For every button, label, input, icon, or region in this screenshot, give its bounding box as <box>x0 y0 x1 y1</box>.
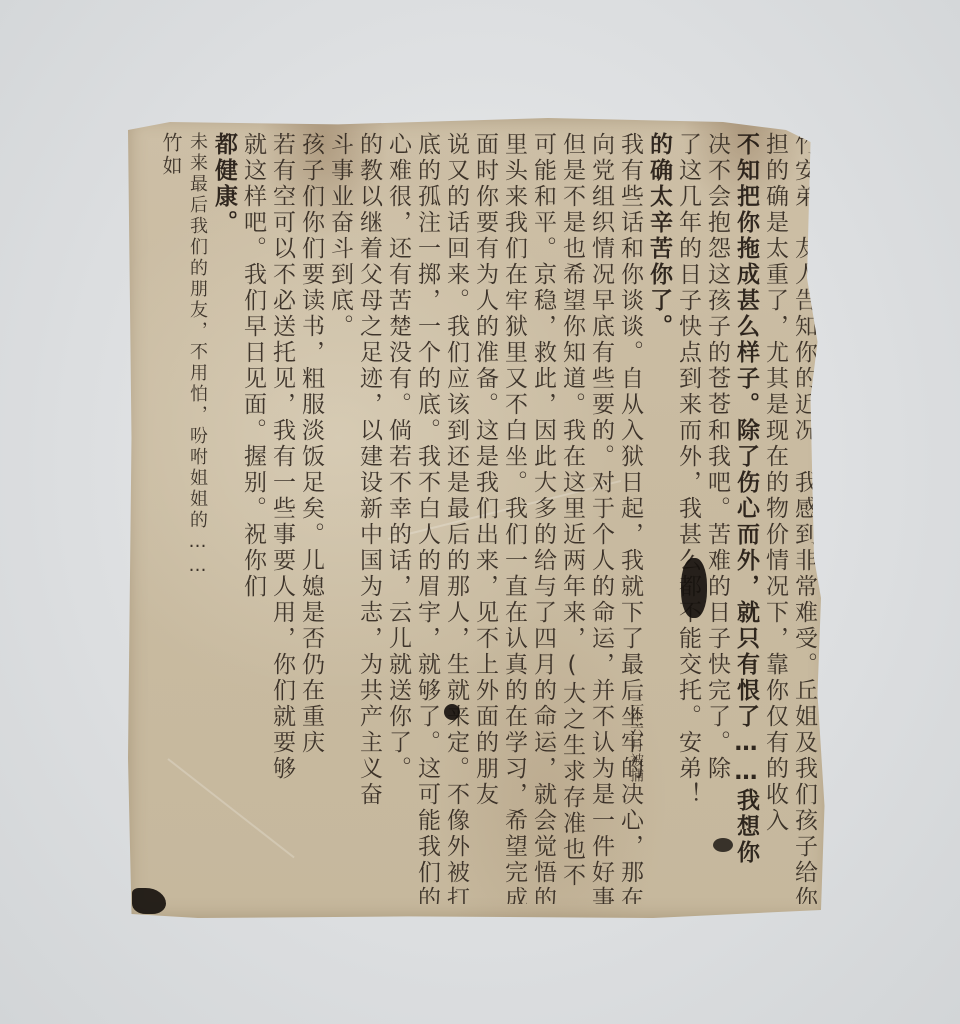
letter-column-5: 了这几年的日子快点到来而外，我甚么都不能交托。安弟！ <box>673 132 702 904</box>
letter-column-3: 不知把你拖成甚么样子。除了伤心而外，就只有恨了……我想你 <box>731 132 760 904</box>
letter-column-21: 都健康。 <box>209 132 238 904</box>
letter-column-4: 决不会抱怨这孩子的苍苍和我吧。苦难的日子快完了。除 <box>702 132 731 904</box>
letter-column-23: 竹如 <box>156 132 185 904</box>
letter-column-10: 可能和平。京稳，救此，因此大多的给与了四月的命运，就会觉悟的 <box>528 132 557 904</box>
letter-columns: 竹安弟：友人告知你的近况，我感到非常难受。丘姐及我们孩子给你的负 担的确是太重了… <box>138 132 818 904</box>
letter-column-16: 的教以继着父母之足迹，以建设新中国为志，为共产主义奋 <box>354 132 383 904</box>
ink-blot <box>681 558 707 618</box>
letter-column-19: 若有空可以不必送托见，我有一些事要人用，你们就要够 <box>267 132 296 904</box>
ink-dot <box>444 704 460 720</box>
inline-annotation: 三年六月被捕 <box>626 693 646 783</box>
letter-column-8: 向党组织情况早底有些要的。对于个人的命运，并不认为是一件好事 <box>586 132 615 904</box>
letter-column-17: 斗事业奋斗到底。 <box>325 132 354 904</box>
letter-column-14: 底的孤注一掷，一个的底。我不白人的眉宇，就够了。这可能我们的估计 <box>412 132 441 904</box>
letter-column-6: 的确太辛苦你了。 <box>644 132 673 904</box>
letter-column-22: 未来最后我们的朋友，不用怕，吩咐姐姐的…… <box>185 132 209 904</box>
letter-column-7: 我有些话和你谈谈。自从入狱日起，我就下了最后坐牢的决心，那在时 <box>615 132 644 904</box>
letter-column-2: 担的确是太重了，尤其是现在的物价情况下，靠你仅有的收入 <box>760 132 789 904</box>
letter-column-11: 里头来我们在牢狱里又不白坐。我们一直在认真的在学习，希望完成 <box>499 132 528 904</box>
letter-column-20: 就这样吧。我们早日见面。握别。祝你们 <box>238 132 267 904</box>
letter-column-15: 心难很，还有苦楚没有。倘若不幸的话，云儿就送你了。 <box>383 132 412 904</box>
letter-column-9: 但是不是也希望你知道。我在这里近两年来，(大之生求存准也不 <box>557 132 586 904</box>
letter-column-13: 说又的话回来。我们应该到还是最后的那人，生就来定。不像外被打到 <box>441 132 470 904</box>
letter-column-18: 孩子们你们要读书，粗服淡饭足矣。儿媳是否仍在重庆 <box>296 132 325 904</box>
ink-smudge <box>713 838 733 852</box>
letter-paper: 竹安弟：友人告知你的近况，我感到非常难受。丘姐及我们孩子给你的负 担的确是太重了… <box>128 118 828 918</box>
letter-column-12: 面时你要有为人的准备。这是我们出来，见不上外面的朋友 <box>470 132 499 904</box>
